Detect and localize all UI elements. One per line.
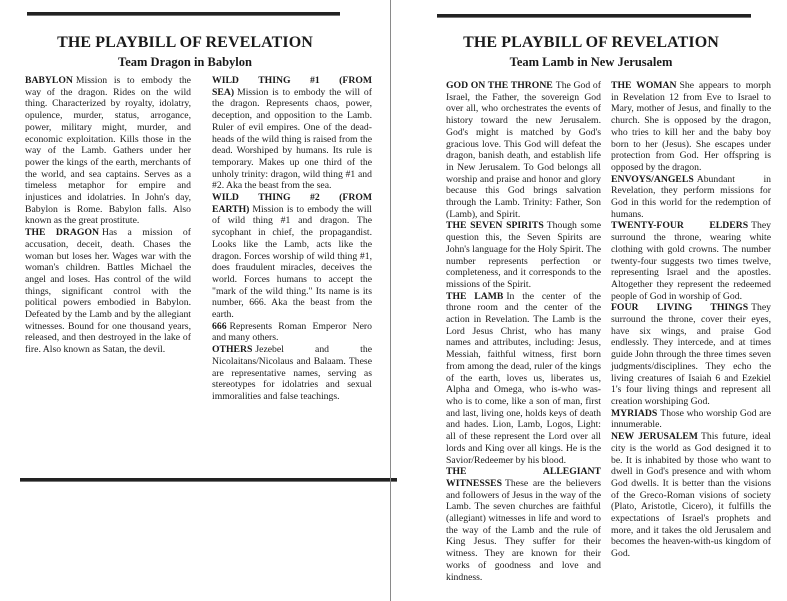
page-subtitle: Team Dragon in Babylon	[0, 55, 370, 70]
top-rule	[437, 14, 751, 18]
entry-envoys-angels: ENVOYS/ANGELSAbundant in Revelation, the…	[611, 174, 771, 221]
entry-666: 666Represents Roman Emperor Nero and man…	[212, 321, 372, 344]
entry-the-lamb: THE LAMBIn the center of the throne room…	[446, 291, 601, 467]
entry-four-living-things: FOUR LIVING THINGSThey surround the thro…	[611, 302, 771, 407]
left-page: THE PLAYBILL OF REVELATION Team Dragon i…	[0, 0, 390, 601]
right-column-2: THE WOMANShe appears to morph in Revelat…	[611, 80, 771, 560]
right-column-1: GOD ON THE THRONEThe God of Israel, the …	[446, 80, 601, 583]
entry-babylon: BABYLONMission is to embody the way of t…	[25, 75, 191, 227]
entry-allegiant-witnesses: THE ALLEGIANT WITNESSESThese are the bel…	[446, 466, 601, 583]
entry-the-woman: THE WOMANShe appears to morph in Revelat…	[611, 80, 771, 174]
entry-seven-spirits: THE SEVEN SPIRITSThough some question th…	[446, 220, 601, 290]
entry-others: OTHERSJezebel and the Nicolaitans/Nicola…	[212, 344, 372, 403]
page-subtitle: Team Lamb in New Jerusalem	[431, 55, 751, 70]
entry-twenty-four-elders: TWENTY-FOUR ELDERSThey surround the thro…	[611, 220, 771, 302]
entry-new-jerusalem: NEW JERUSALEMThis future, ideal city is …	[611, 431, 771, 560]
entry-wild-thing-1: WILD THING #1 (FROM SEA)Mission is to em…	[212, 75, 372, 192]
left-column-1: BABYLONMission is to embody the way of t…	[25, 75, 191, 356]
right-page: THE PLAYBILL OF REVELATION Team Lamb in …	[391, 0, 787, 601]
bottom-rule	[20, 478, 397, 482]
entry-wild-thing-2: WILD THING #2 (FROM EARTH)Mission is to …	[212, 192, 372, 321]
entry-myriads: MYRIADSThose who worship God are innumer…	[611, 408, 771, 431]
page-title: THE PLAYBILL OF REVELATION	[0, 34, 370, 52]
entry-the-dragon: THE DRAGONHas a mission of accusation, d…	[25, 227, 191, 356]
page-title: THE PLAYBILL OF REVELATION	[431, 34, 751, 52]
top-rule	[27, 12, 340, 16]
entry-god-on-the-throne: GOD ON THE THRONEThe God of Israel, the …	[446, 80, 601, 220]
left-column-2: WILD THING #1 (FROM SEA)Mission is to em…	[212, 75, 372, 403]
